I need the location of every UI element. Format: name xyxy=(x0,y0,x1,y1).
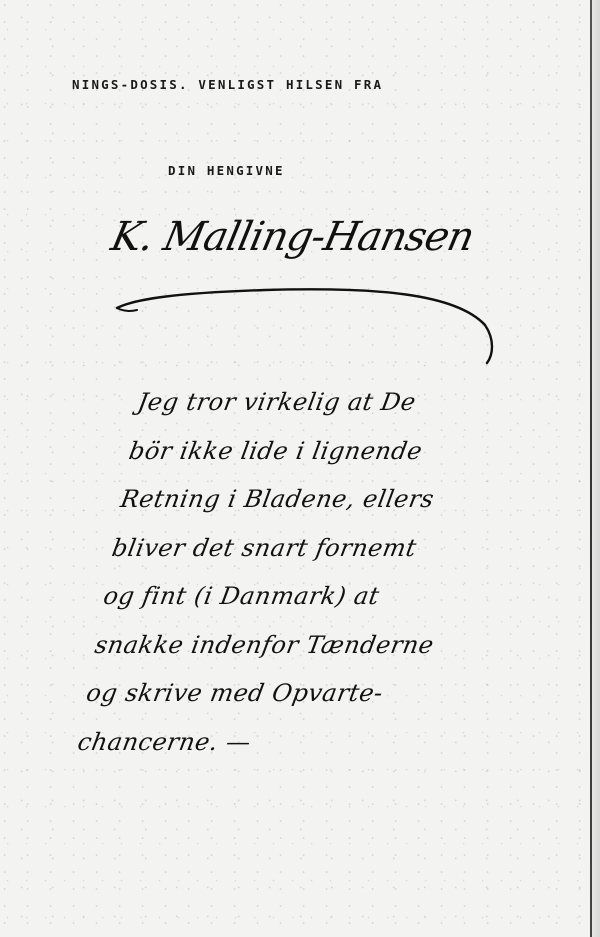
typed-closing-line: NINGS-DOSIS. VENLIGST HILSEN FRA xyxy=(72,77,383,92)
body-line: Jeg tror virkelig at De xyxy=(134,378,583,427)
signature-underline-flourish xyxy=(115,285,495,365)
body-line: og fint (i Danmark) at xyxy=(99,572,548,621)
typed-valediction: DIN HENGIVNE xyxy=(168,163,285,178)
body-line: bliver det snart fornemt xyxy=(108,524,557,573)
body-line: Retning i Bladene, ellers xyxy=(117,475,566,524)
body-line: og skrive med Opvarte- xyxy=(82,669,531,718)
handwritten-signature: K. Malling-Hansen xyxy=(107,214,478,260)
body-line: chancerne. — xyxy=(74,718,523,767)
page-edge-shadow xyxy=(592,0,600,937)
letter-page: NINGS-DOSIS. VENLIGST HILSEN FRA DIN HEN… xyxy=(0,0,600,937)
body-line: bör ikke lide i lignende xyxy=(125,427,574,476)
page-edge-line xyxy=(590,0,592,937)
handwritten-body: Jeg tror virkelig at De bör ikke lide i … xyxy=(74,378,582,766)
body-line: snakke indenfor Tænderne xyxy=(91,621,540,670)
